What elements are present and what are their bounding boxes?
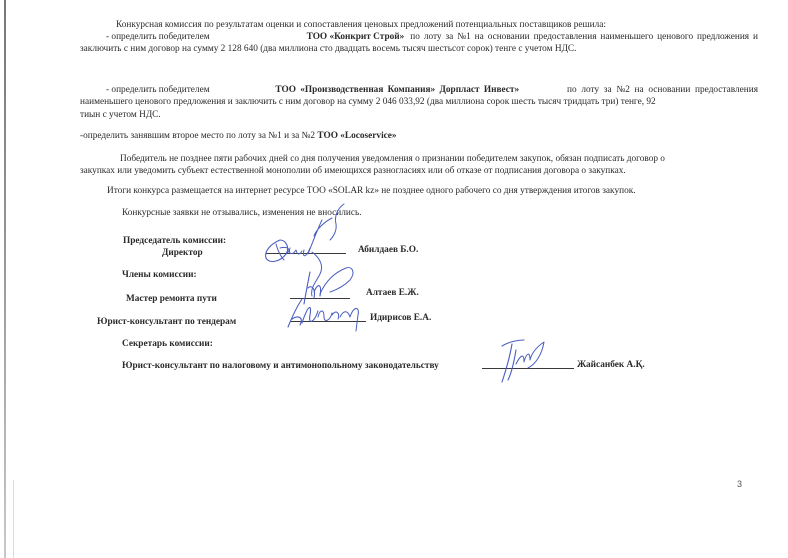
second-place-line: -определить занявшим второе место по лот… <box>80 130 397 142</box>
decision-2-company: ТОО «Производственная Компания» Дорпласт… <box>275 84 519 96</box>
member-2-role: Юрист-консультант по тендерам <box>97 316 236 328</box>
decision-1-line-2: заключить с ним договор на сумму 2 128 6… <box>80 43 576 55</box>
decision-2-prefix: - определить победителем <box>106 84 210 96</box>
decision-2-line-3: тиын с учетом НДС. <box>80 109 161 121</box>
bids-note-stray-ink-icon <box>326 200 356 245</box>
chairman-title: Председатель комиссии: <box>123 235 226 247</box>
decision-1-line-1: - определить победителем ТОО «Конкрит Ст… <box>106 31 758 43</box>
decision-2-line-2: наименьшего ценового предложения и заклю… <box>80 96 656 108</box>
winner-obligation-line-2: закупках или уведомить субъект естествен… <box>80 165 626 177</box>
winner-obligation-line-1: Победитель не позднее пяти рабочих дней … <box>120 153 665 165</box>
secretary-title: Секретарь комиссии: <box>122 338 213 350</box>
results-publication: Итоги конкурса размещается на интернет р… <box>107 185 636 197</box>
page-number: 3 <box>737 479 742 489</box>
secretary-role: Юрист-консультант по налоговому и антимо… <box>122 360 439 372</box>
decision-1-company: ТОО «Конкрит Строй» <box>307 31 405 43</box>
second-place-company: ТОО «Locoservice» <box>317 131 396 141</box>
document-page: Конкурсная комиссия по результатам оценк… <box>0 0 788 558</box>
decision-1-rest: по лоту за №1 на основании предоставлени… <box>410 31 758 43</box>
chairman-name: Абилдаев Б.О. <box>358 244 418 256</box>
second-place-text: -определить занявшим второе место по лот… <box>80 131 315 141</box>
member-2-signature-icon <box>284 295 374 340</box>
intro-paragraph: Конкурсная комиссия по результатам оценк… <box>116 19 606 31</box>
decision-1-prefix: - определить победителем <box>106 31 210 43</box>
member-1-role: Мастер ремонта пути <box>126 293 217 305</box>
chairman-role: Директор <box>162 247 203 259</box>
decision-2-line-1: - определить победителем ТОО «Производст… <box>106 84 758 96</box>
members-title: Члены комиссии: <box>122 269 197 281</box>
decision-2-rest: по лоту за №2 на основании предоставлени… <box>567 84 758 96</box>
member-2-name: Идирисов Е.А. <box>370 312 431 324</box>
secretary-signature-icon <box>498 336 548 391</box>
secretary-name: Жайсанбек А.Қ. <box>577 359 645 371</box>
